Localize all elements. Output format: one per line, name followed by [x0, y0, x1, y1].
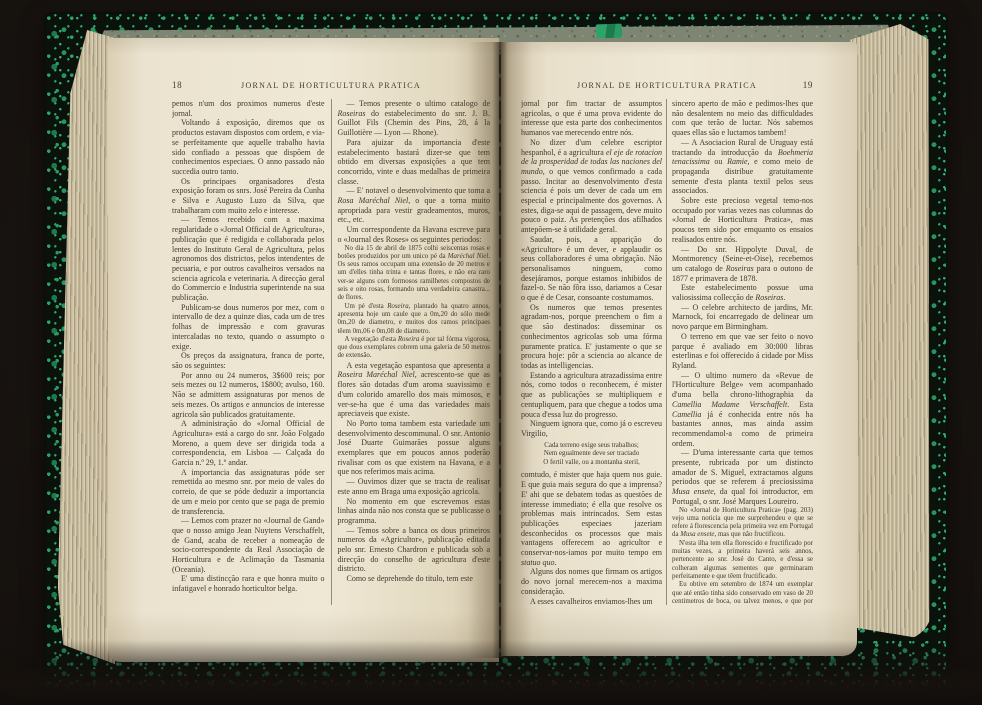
paragraph: No dizer d'um celebre escriptor hespanho… — [521, 138, 662, 235]
left-page-header-row: 18 JORNAL DE HORTICULTURA PRATICA — [172, 80, 490, 90]
paragraph: No «Jornal de Horticultura Pratica» (pag… — [672, 507, 813, 540]
paragraph: — A Asociacion Rural de Uruguay está tra… — [672, 138, 813, 196]
paragraph: Publicam-se dous numeros por mez, com o … — [172, 303, 325, 352]
paragraph: comtudo, é mister que haja quem nos guie… — [521, 470, 662, 567]
paragraph: A importancia das assignaturas póde ser … — [172, 468, 325, 517]
paragraph: — E' notavel o desenvolvimento que toma … — [338, 186, 491, 225]
paragraph: Eu obtive em setembro de 1874 um exempla… — [672, 581, 813, 605]
cover-corner-chip — [596, 24, 622, 39]
right-page-running-title: JORNAL DE HORTICULTURA PRATICA — [555, 81, 779, 90]
paragraph: Os numeros que temos presentes agradam-n… — [521, 303, 662, 371]
paragraph: Este estabelecimento possue uma valiosis… — [672, 283, 813, 302]
paragraph: — Do snr. Hippolyte Duval, de Montmorenc… — [672, 245, 813, 284]
book-photo: 18 JORNAL DE HORTICULTURA PRATICA pemos … — [0, 0, 982, 705]
right-page-column-2: sincero aperto de mão e pedimos-lhes que… — [666, 99, 813, 605]
paragraph: A administração do «Jornal Official de A… — [172, 419, 325, 468]
left-page-column-2: — Temos presente o ultimo catalogo de Ro… — [331, 99, 491, 605]
left-page-number: 18 — [172, 80, 206, 90]
left-page-running-title: JORNAL DE HORTICULTURA PRATICA — [206, 81, 456, 90]
paragraph: jornal por fim tractar de assumptos agri… — [521, 99, 662, 138]
paragraph: Um pé d'esta Roseira, plantado ha quatro… — [338, 303, 491, 336]
paragraph: — O celebre architecto de jardins, Mr. M… — [672, 303, 813, 332]
paragraph: No momento em que escrevemos estas linha… — [338, 497, 491, 526]
paragraph: — D'uma interessante carta que temos pre… — [672, 448, 813, 506]
right-page-number: 19 — [779, 80, 813, 90]
paragraph: — Temos recebido com a maxima regularida… — [172, 215, 325, 302]
paragraph: Estando a agricultura atrazadissima entr… — [521, 371, 662, 420]
left-page-columns: pemos n'um dos proximos numeros d'este j… — [172, 99, 490, 605]
right-page: JORNAL DE HORTICULTURA PRATICA 19 jornal… — [501, 42, 857, 656]
paragraph: No dia 15 de abril de 1875 colhi seiscen… — [338, 245, 491, 303]
page-right-edges — [850, 24, 931, 640]
paragraph: Um correspondente da Havana escreve para… — [338, 225, 491, 244]
paragraph: Como se deprehende do titulo, tem este — [338, 574, 491, 584]
paragraph: E' uma distincção rara e que honra muito… — [172, 574, 325, 593]
paragraph: Para ajuizar da importancia d'este estab… — [338, 138, 491, 187]
right-page-columns: jornal por fim tractar de assumptos agri… — [521, 99, 813, 605]
paragraph: Por anno ou 24 numeros, 3$600 reis; por … — [172, 371, 325, 420]
paragraph: Saudar, pois, a apparição do «Agricultor… — [521, 235, 662, 303]
paragraph: pemos n'um dos proximos numeros d'este j… — [172, 99, 325, 118]
paragraph: No Porto toma tambem esta variedade um d… — [338, 419, 491, 477]
paragraph: N'esta ilha tem ella florescido e fructi… — [672, 540, 813, 581]
paragraph: — O ultimo numero da «Revue de l'Horticu… — [672, 371, 813, 449]
paragraph: sincero aperto de mão e pedimos-lhes que… — [672, 99, 813, 138]
paragraph: Ninguem ignora que, como já o escreveu V… — [521, 419, 662, 438]
paragraph: A esses cavalheiros enviamos-lhes um — [521, 597, 662, 605]
paragraph: Cada terreno exige seus trabalhos; Nem e… — [521, 442, 662, 468]
paragraph: A vegetação d'esta Roseira é por tal fór… — [338, 336, 491, 361]
paragraph: Os principaes organisadores d'esta expos… — [172, 177, 325, 216]
paragraph: — Temos presente o ultimo catalogo de Ro… — [338, 99, 491, 138]
paragraph: — Ouvimos dizer que se tracta de realisa… — [338, 477, 491, 496]
left-page-column-1: pemos n'um dos proximos numeros d'este j… — [172, 99, 331, 605]
right-page-column-1: jornal por fim tractar de assumptos agri… — [521, 99, 666, 605]
paragraph: — Lemos com prazer no «Journal de Gand» … — [172, 516, 325, 574]
left-page: 18 JORNAL DE HORTICULTURA PRATICA pemos … — [108, 38, 499, 662]
paragraph: Sobre este precioso vegetal temo-nos occ… — [672, 196, 813, 245]
paragraph: O terreno em que vae ser feito o novo pa… — [672, 332, 813, 371]
paragraph: A esta vegetação espantosa que apresenta… — [338, 361, 491, 419]
paragraph: — Temos sobre a banca os dous primeiros … — [338, 526, 491, 575]
right-page-header-row: JORNAL DE HORTICULTURA PRATICA 19 — [521, 80, 813, 90]
paragraph: Voltando á exposição, diremos que os pro… — [172, 118, 325, 176]
paragraph: Os preços da assignatura, franca de port… — [172, 351, 325, 370]
paragraph: Alguns dos nomes que firmam os artigos d… — [521, 567, 662, 596]
